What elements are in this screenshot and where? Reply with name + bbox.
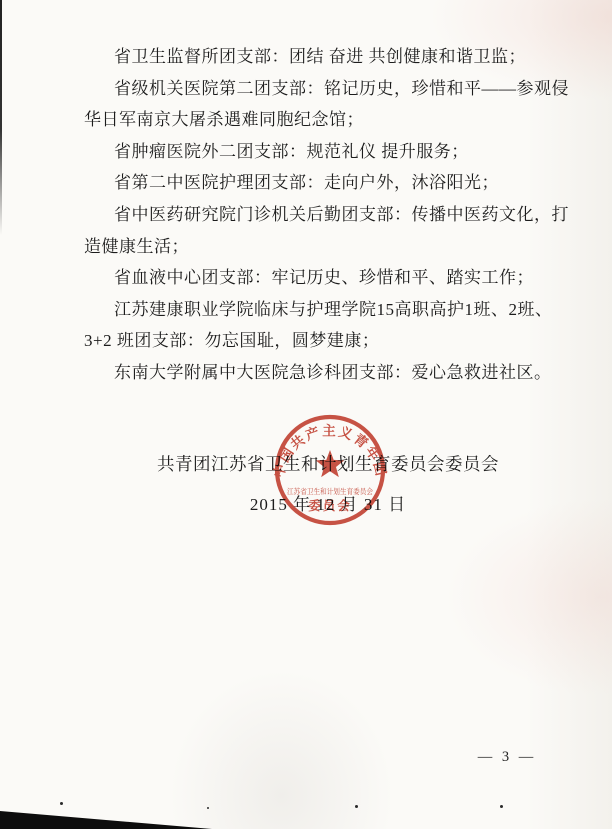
scan-corner-shadow: [0, 811, 212, 829]
body-line: 省级机关医院第二团支部：铭记历史，珍惜和平——参观侵: [84, 73, 532, 105]
scan-speck: [500, 805, 503, 808]
body-line: 江苏建康职业学院临床与护理学院15高职高护1班、2班、: [84, 294, 532, 326]
scan-speck: [60, 802, 63, 805]
seal-star-icon: [316, 450, 345, 477]
seal-middle-text: 江苏省卫生和计划生育委员会: [287, 487, 373, 496]
body-line: 华日军南京大屠杀遇难同胞纪念馆；: [84, 104, 532, 136]
official-seal: 中国共产主义青年团 江苏省卫生和计划生育委员会 委员会: [267, 407, 393, 533]
body-line: 造健康生活；: [84, 231, 532, 263]
body-line: 省第二中医院护理团支部：走向户外，沐浴阳光；: [84, 167, 532, 199]
body-line: 省卫生监督所团支部：团结 奋进 共创健康和谐卫监；: [84, 41, 532, 73]
scan-edge-line: [0, 0, 2, 235]
scanned-document-page: 省卫生监督所团支部：团结 奋进 共创健康和谐卫监； 省级机关医院第二团支部：铭记…: [0, 0, 612, 829]
body-line: 3+2 班团支部：勿忘国耻，圆梦建康；: [84, 325, 532, 357]
body-line: 东南大学附属中大医院急诊科团支部：爱心急救进社区。: [84, 357, 532, 389]
body-line: 省肿瘤医院外二团支部：规范礼仪 提升服务；: [84, 136, 532, 168]
document-body: 省卫生监督所团支部：团结 奋进 共创健康和谐卫监； 省级机关医院第二团支部：铭记…: [84, 41, 532, 389]
scan-speck: [207, 807, 209, 809]
page-number: — 3 —: [452, 749, 562, 766]
scan-speck: [355, 805, 358, 808]
body-line: 省血液中心团支部：牢记历史、珍惜和平、踏实工作；: [84, 262, 532, 294]
body-line: 省中医药研究院门诊机关后勤团支部：传播中医药文化，打: [84, 199, 532, 231]
seal-bottom-text: 委员会: [308, 498, 352, 513]
